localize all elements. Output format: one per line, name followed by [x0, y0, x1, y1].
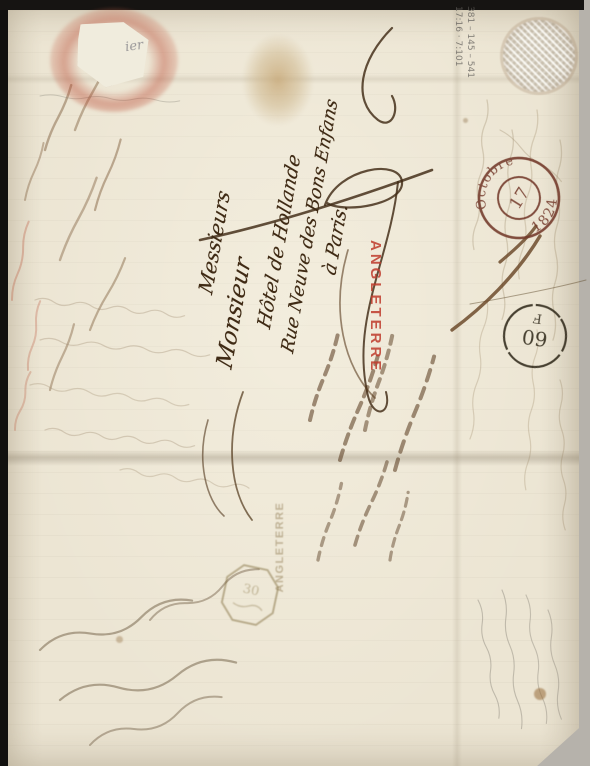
angleterre-entry-stamp: ANGLETERRE	[366, 240, 384, 370]
scanned-letter: ier Messieurs Monsieur Hôtel de Hollande…	[0, 0, 590, 766]
pencil-note-line: 17:16 · 7:101	[452, 6, 464, 128]
address-descender	[232, 392, 252, 520]
pencil-note: 381 – 145 – 541 17:16 · 7:101	[446, 6, 476, 128]
rate-circle-value: 60	[520, 324, 549, 351]
address-descender	[203, 420, 224, 516]
rate-circle-letter: F	[532, 310, 543, 326]
cds-day: 17	[506, 184, 534, 213]
octagon-value: 30	[241, 582, 260, 600]
rate-circle-stamp: 60 F	[494, 295, 575, 376]
pencil-note-line: 381 – 145 – 541	[464, 6, 476, 128]
